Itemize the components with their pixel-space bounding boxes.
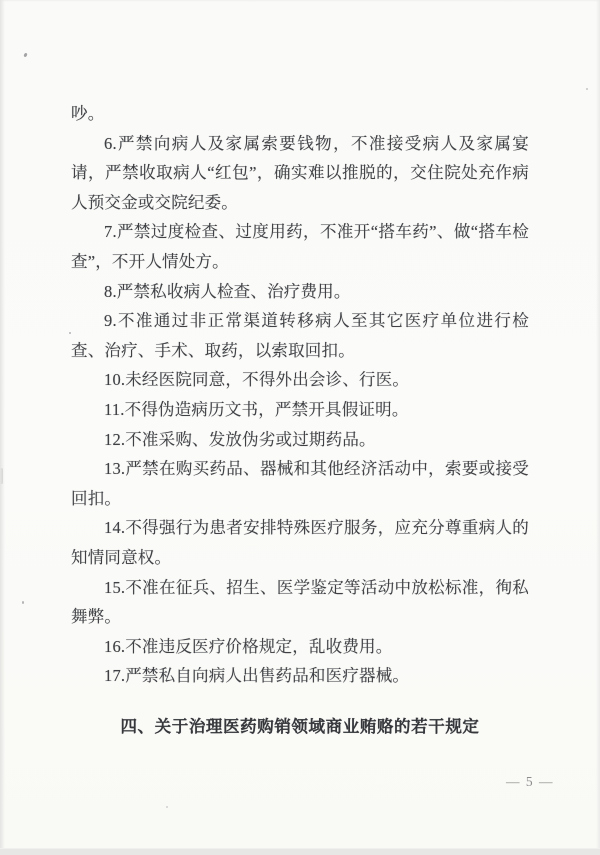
- page-edge-right: [596, 0, 600, 855]
- scan-speck: [166, 806, 168, 808]
- regulation-item-7: 7.严禁过度检查、过度用药，不准开“搭车药”、做“搭车检查”，不开人情处方。: [71, 217, 529, 276]
- scan-speck: [586, 88, 588, 90]
- page-number: — 5 —: [506, 774, 554, 790]
- regulation-item-14: 14.不得强行为患者安排特殊医疗服务，应充分尊重病人的知情同意权。: [71, 513, 529, 572]
- page-edge-top: [0, 0, 600, 2]
- regulation-item-12: 12.不准采购、发放伪劣或过期药品。: [71, 425, 529, 455]
- page-edge-bottom: [0, 848, 600, 855]
- regulation-item-15: 15.不准在征兵、招生、医学鉴定等活动中放松标准，徇私舞弊。: [71, 573, 529, 632]
- regulation-item-16: 16.不准违反医疗价格规定，乱收费用。: [71, 632, 529, 662]
- regulation-item-17: 17.严禁私自向病人出售药品和医疗器械。: [71, 661, 529, 691]
- scan-speck: [22, 601, 24, 604]
- page-edge-left: [0, 0, 5, 855]
- regulation-item-6: 6.严禁向病人及家属索要钱物，不准接受病人及家属宴请，严禁收取病人“红包”，确实…: [71, 129, 529, 218]
- regulation-item-10: 10.未经医院同意，不得外出会诊、行医。: [71, 365, 529, 395]
- scan-speck: [69, 332, 71, 334]
- regulation-item-9: 9.不准通过非正常渠道转移病人至其它医疗单位进行检查、治疗、手术、取药，以索取回…: [71, 306, 529, 365]
- section-heading: 四、关于治理医药购销领域商业贿赂的若干规定: [71, 713, 529, 743]
- regulation-item-8: 8.严禁私收病人检查、治疗费用。: [71, 277, 529, 307]
- scan-speck: [23, 53, 27, 58]
- document-body: 吵。 6.严禁向病人及家属索要钱物，不准接受病人及家属宴请，严禁收取病人“红包”…: [71, 99, 529, 742]
- regulation-item-11: 11.不得伪造病历文书，严禁开具假证明。: [71, 395, 529, 425]
- regulation-item-13: 13.严禁在购买药品、器械和其他经济活动中，索要或接受回扣。: [71, 454, 529, 513]
- scanned-page: 吵。 6.严禁向病人及家属索要钱物，不准接受病人及家属宴请，严禁收取病人“红包”…: [0, 0, 600, 855]
- continuation-text: 吵。: [71, 99, 529, 129]
